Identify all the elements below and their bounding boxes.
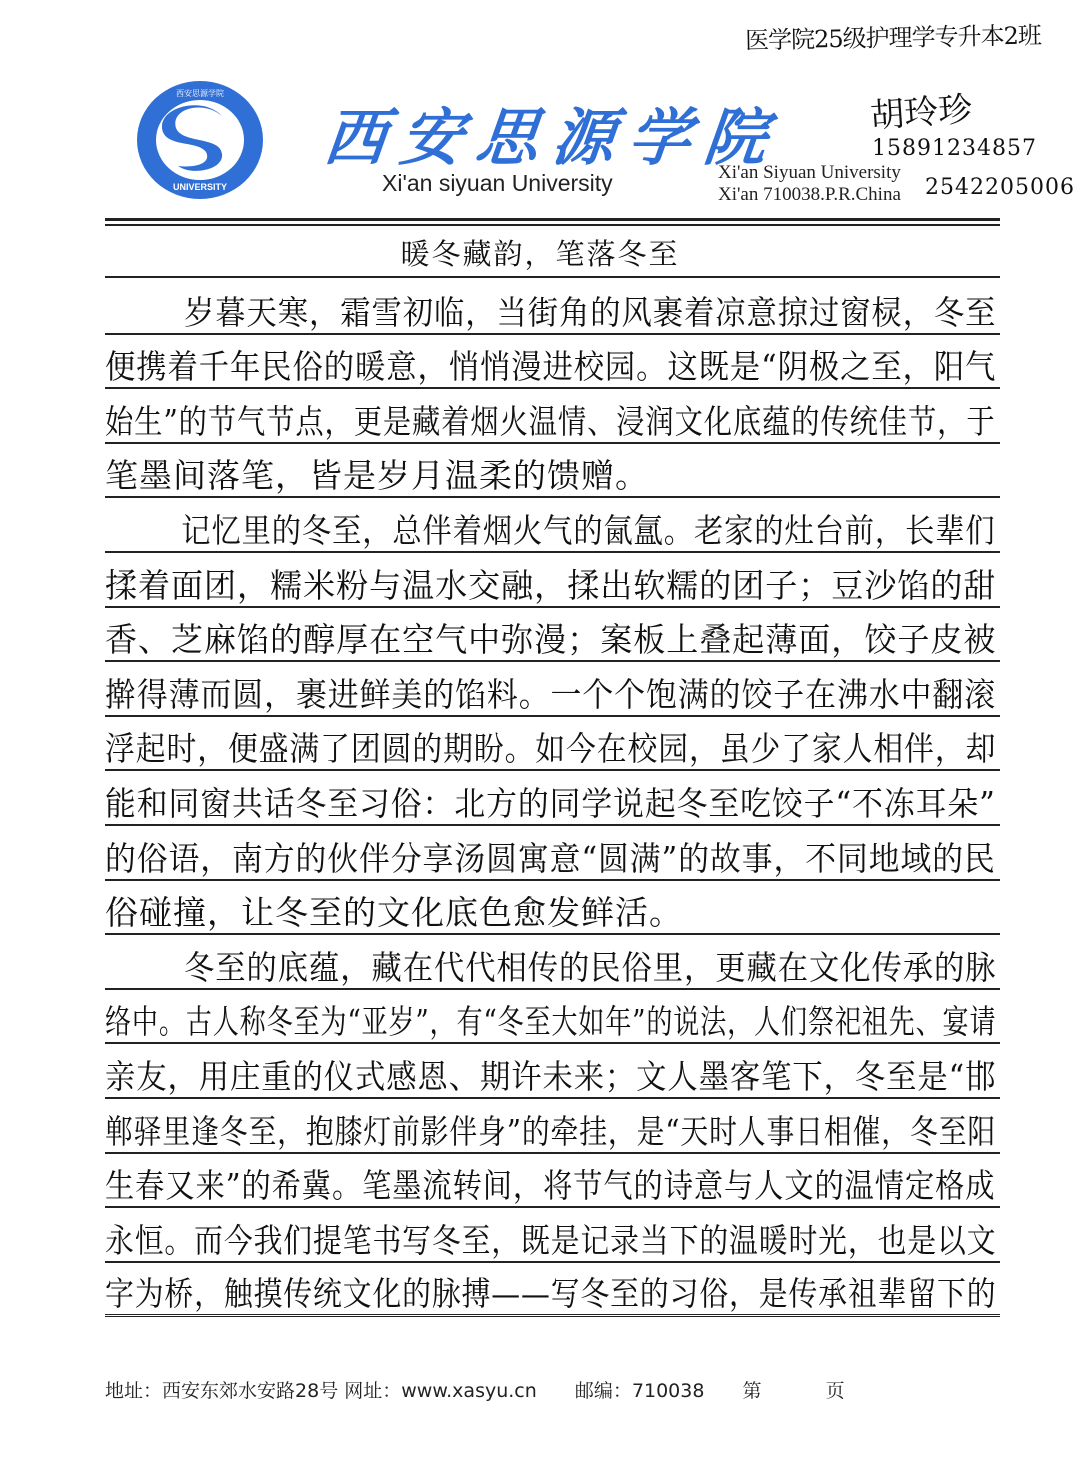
essay-title: 暖冬藏韵，笔落冬至 xyxy=(0,232,1080,273)
website-label: 网址： xyxy=(344,1380,401,1402)
essay-line: 永恒。而今我们提笔书写冬至，既是记录当下的温暖时光，也是以文 xyxy=(105,1208,1000,1263)
essay-line: 郸驿里逢冬至，抱膝灯前影伴身”的牵挂，是“天时人事日相催，冬至阳 xyxy=(105,1099,1000,1154)
handwritten-class: 医学院25级护理学专升本2班 xyxy=(745,15,1041,55)
postcode-label: 邮编： xyxy=(575,1380,632,1402)
school-name-en: Xi'an siyuan University xyxy=(382,170,613,197)
essay-line: 擀得薄而圆，裹进鲜美的馅料。一个个饱满的饺子在沸水中翻滚 xyxy=(105,662,1000,717)
svg-text:西安思源学院: 西安思源学院 xyxy=(176,88,224,98)
essay-line: 生春又来”的希冀。笔墨流转间，将节气的诗意与人文的温情定格成 xyxy=(105,1154,1000,1209)
school-address-en: Xi'an Siyuan University Xi'an 710038.P.R… xyxy=(718,162,901,206)
essay-line: 亲友，用庄重的仪式感恩、期许未来；文人墨客笔下，冬至是“邯 xyxy=(105,1044,1000,1099)
essay-line: 俗碰撞，让冬至的文化底色愈发鲜活。 xyxy=(105,881,1000,936)
header-divider-bottom xyxy=(105,224,1000,226)
essay-line: 记忆里的冬至，总伴着烟火气的氤氲。老家的灶台前，长辈们 xyxy=(105,498,1000,553)
handwritten-name: 胡玲珍 xyxy=(868,82,973,138)
address-value: 西安东郊水安路28号 xyxy=(162,1380,338,1402)
essay-line: 的俗语，南方的伙伴分享汤圆寓意“圆满”的故事，不同地域的民 xyxy=(105,826,1000,881)
letterhead: UNIVERSITY 西安思源学院 西安思源学院 Xi'an siyuan Un… xyxy=(0,0,1080,215)
essay-line: 便携着千年民俗的暖意，悄悄漫进校园。这既是“阴极之至，阳气 xyxy=(105,335,1000,390)
page-prefix: 第 xyxy=(743,1380,762,1402)
essay-line: 字为桥，触摸传统文化的脉搏——写冬至的习俗，是传承祖辈留下的 xyxy=(105,1263,1000,1318)
essay-body: 岁暮天寒，霜雪初临，当街角的风裹着凉意掠过窗棂，冬至 便携着千年民俗的暖意，悄悄… xyxy=(105,280,1000,1317)
address-line-1: Xi'an Siyuan University xyxy=(718,162,901,184)
essay-line: 岁暮天寒，霜雪初临，当街角的风裹着凉意掠过窗棂，冬至 xyxy=(105,280,1000,335)
essay-line: 络中。古人称冬至为“亚岁”，有“冬至大如年”的说法，人们祭祀祖先、宴请 xyxy=(105,990,1000,1045)
essay-line: 香、芝麻馅的醇厚在空气中弥漫；案板上叠起薄面，饺子皮被 xyxy=(105,608,1000,663)
essay-line: 冬至的底蕴，藏在代代相传的民俗里，更藏在文化传承的脉 xyxy=(105,935,1000,990)
letterhead-footer: 地址：西安东郊水安路28号 网址：www.xasyu.cn 邮编：710038 … xyxy=(105,1376,845,1403)
essay-line: 始生”的节气节点，更是藏着烟火温情、浸润文化底蕴的传统佳节，于 xyxy=(105,389,1000,444)
essay-line: 浮起时，便盛满了团圆的期盼。如今在校园，虽少了家人相伴，却 xyxy=(105,717,1000,772)
title-underline xyxy=(105,276,1000,278)
handwritten-student-id: 2542205006 xyxy=(925,175,1075,200)
header-divider-top xyxy=(105,218,1000,221)
school-name-cn: 西安思源学院 xyxy=(320,88,785,177)
page-suffix: 页 xyxy=(826,1380,845,1402)
handwritten-phone: 15891234857 xyxy=(872,136,1037,161)
essay-line: 能和同窗共话冬至习俗：北方的同学说起冬至吃饺子“不冻耳朵” xyxy=(105,771,1000,826)
postcode-value: 710038 xyxy=(632,1380,705,1402)
essay-line: 揉着面团，糯米粉与温水交融，揉出软糯的团子；豆沙馅的甜 xyxy=(105,553,1000,608)
website-value: www.xasyu.cn xyxy=(401,1380,537,1402)
address-label: 地址： xyxy=(105,1380,162,1402)
address-line-2: Xi'an 710038.P.R.China xyxy=(718,184,901,206)
university-seal-icon: UNIVERSITY 西安思源学院 xyxy=(134,78,266,202)
essay-line: 笔墨间落笔，皆是岁月温柔的馈赠。 xyxy=(105,444,1000,499)
svg-text:UNIVERSITY: UNIVERSITY xyxy=(173,182,227,192)
